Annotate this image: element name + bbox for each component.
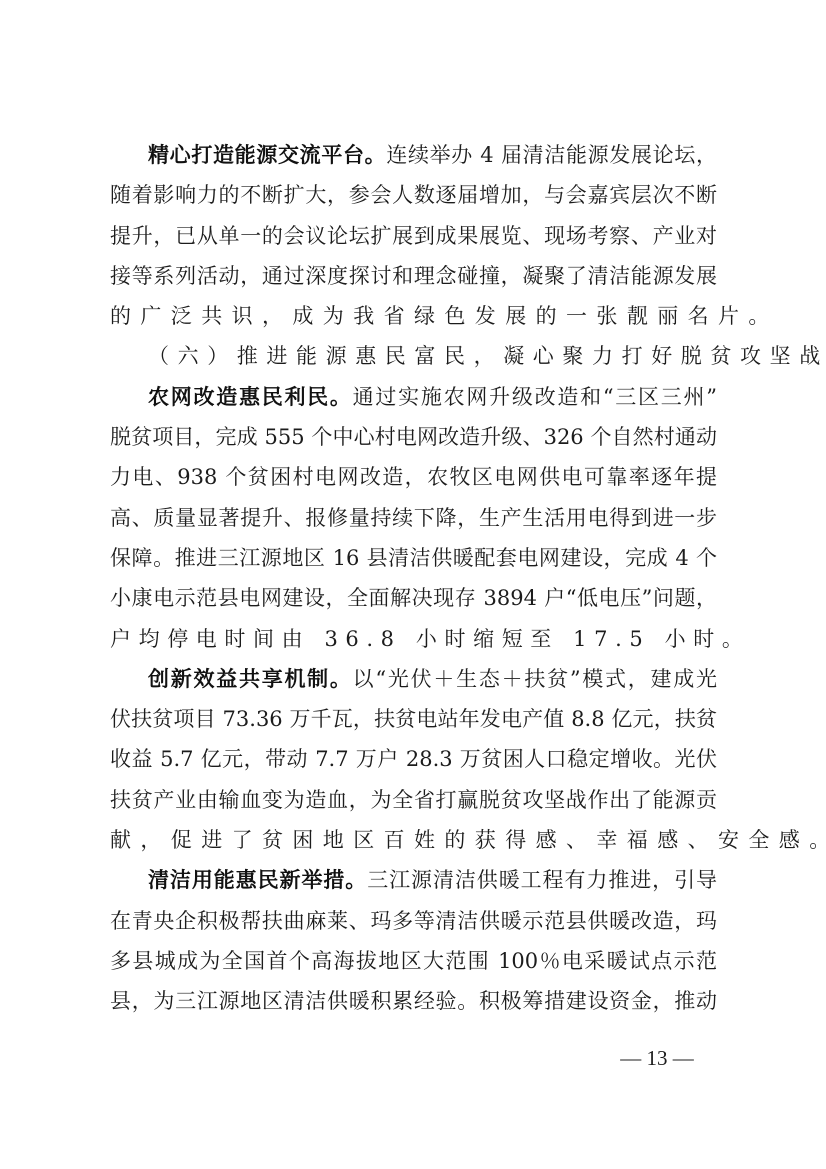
paragraph-line: 农网改造惠民利民。通过实施农网升级改造和“三区三州” (110, 377, 717, 417)
paragraph-line: 收益 5.7 亿元，带动 7.7 万户 28.3 万贫困人口稳定增收。光伏 (110, 739, 717, 779)
document-page: 精心打造能源交流平台。连续举办 4 届清洁能源发展论坛， 随着影响力的不断扩大，… (0, 0, 826, 1169)
paragraph-line: 随着影响力的不断扩大，参会人数逐届增加，与会嘉宾层次不断 (110, 175, 717, 215)
paragraph-line: 多县城成为全国首个高海拔地区大范围 100％电采暖试点示范 (110, 941, 717, 981)
paragraph-line: 小康电示范县电网建设，全面解决现存 3894 户“低电压”问题， (110, 578, 717, 618)
paragraph-line: 保障。推进三江源地区 16 县清洁供暖配套电网建设，完成 4 个 (110, 538, 717, 578)
paragraph-line: 清洁用能惠民新举措。三江源清洁供暖工程有力推进，引导 (110, 860, 717, 900)
paragraph-line: 高、质量显著提升、报修量持续下降，生产生活用电得到进一步 (110, 498, 717, 538)
paragraph-line: 力电、938 个贫困村电网改造，农牧区电网供电可靠率逐年提 (110, 457, 717, 497)
paragraph-line: 县，为三江源地区清洁供暖积累经验。积极筹措建设资金，推动 (110, 981, 717, 1021)
paragraph-line: 脱贫项目，完成 555 个中心村电网改造升级、326 个自然村通动 (110, 417, 717, 457)
paragraph-line: 提升，已从单一的会议论坛扩展到成果展览、现场考察、产业对 (110, 216, 717, 256)
paragraph-heading: 清洁用能惠民新举措。 (148, 867, 367, 892)
body-text: 精心打造能源交流平台。连续举办 4 届清洁能源发展论坛， 随着影响力的不断扩大，… (110, 135, 720, 1022)
section-heading: （六）推进能源惠民富民，凝心聚力打好脱贫攻坚战。 (110, 336, 720, 376)
paragraph-text: 连续举办 4 届清洁能源发展论坛， (386, 143, 717, 167)
page-number: — 13 — (612, 1045, 702, 1071)
paragraph-text: 三江源清洁供暖工程有力推进，引导 (367, 868, 717, 892)
paragraph-line: 户均停电时间由 36.8 小时缩短至 17.5 小时。 (110, 619, 720, 659)
paragraph-line: 伏扶贫项目 73.36 万千瓦，扶贫电站年发电产值 8.8 亿元，扶贫 (110, 699, 717, 739)
paragraph-line: 献，促进了贫困地区百姓的获得感、幸福感、安全感。 (110, 820, 720, 860)
paragraph-heading: 创新效益共享机制。 (148, 666, 353, 691)
paragraph-heading: 农网改造惠民利民。 (148, 384, 353, 409)
paragraph-line: 精心打造能源交流平台。连续举办 4 届清洁能源发展论坛， (110, 135, 717, 175)
paragraph-heading: 精心打造能源交流平台。 (148, 142, 386, 167)
paragraph-text: 通过实施农网升级改造和“三区三州” (353, 385, 717, 409)
paragraph-line: 接等系列活动，通过深度探讨和理念碰撞，凝聚了清洁能源发展 (110, 256, 717, 296)
paragraph-line: 扶贫产业由输血变为造血，为全省打赢脱贫攻坚战作出了能源贡 (110, 780, 717, 820)
paragraph-text: 以“光伏＋生态＋扶贫”模式，建成光 (353, 667, 717, 691)
paragraph-line: 在青央企积极帮扶曲麻莱、玛多等清洁供暖示范县供暖改造，玛 (110, 901, 717, 941)
paragraph-line: 的广泛共识，成为我省绿色发展的一张靓丽名片。 (110, 296, 720, 336)
paragraph-line: 创新效益共享机制。以“光伏＋生态＋扶贫”模式，建成光 (110, 659, 717, 699)
